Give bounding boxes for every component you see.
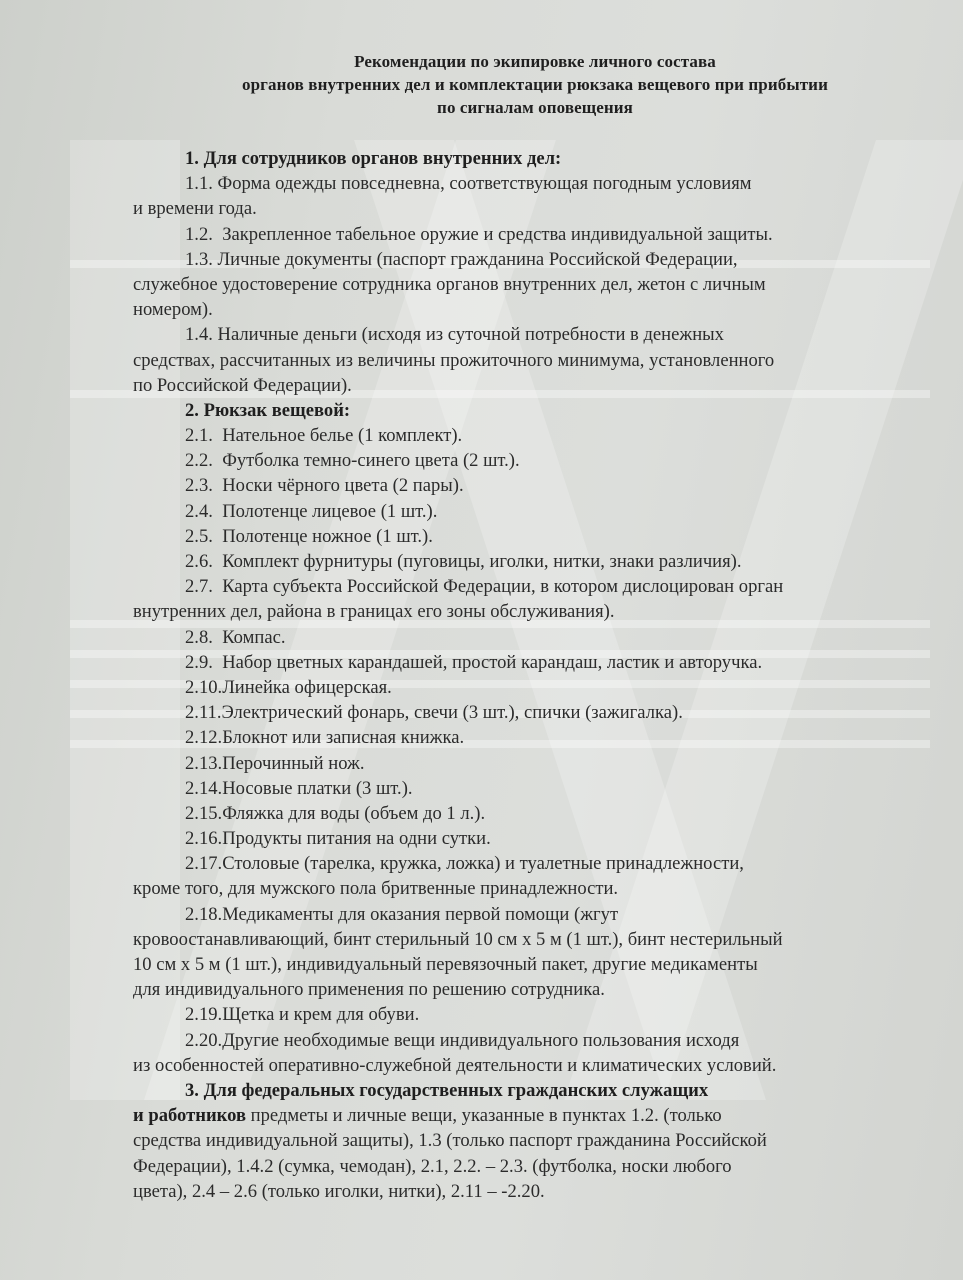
item-continuation: номером).	[133, 297, 948, 322]
section-heading: 1. Для сотрудников органов внутренних де…	[133, 146, 948, 171]
section-heading: 2. Рюкзак вещевой:	[133, 398, 948, 423]
section-paragraph-line: и работников предметы и личные вещи, ука…	[133, 1103, 948, 1128]
item-continuation: по Российской Федерации).	[133, 373, 948, 398]
section-paragraph-line: цвета), 2.4 – 2.6 (только иголки, нитки)…	[133, 1179, 948, 1204]
title-line: Рекомендации по экипировке личного соста…	[120, 50, 950, 73]
list-item: 2.18.Медикаменты для оказания первой пом…	[133, 902, 948, 927]
section-heading: 3. Для федеральных государственных гражд…	[133, 1078, 948, 1103]
list-item: 2.9. Набор цветных карандашей, простой к…	[133, 650, 948, 675]
list-item: 2.13.Перочинный нож.	[133, 751, 948, 776]
list-item: 2.16.Продукты питания на одни сутки.	[133, 826, 948, 851]
title-line: органов внутренних дел и комплектации рю…	[120, 73, 950, 96]
list-item: 2.14.Носовые платки (3 шт.).	[133, 776, 948, 801]
section-paragraph-line: средства индивидуальной защиты), 1.3 (то…	[133, 1128, 948, 1153]
list-item: 2.2. Футболка темно-синего цвета (2 шт.)…	[133, 448, 948, 473]
list-item: 2.8. Компас.	[133, 625, 948, 650]
item-continuation: 10 см х 5 м (1 шт.), индивидуальный пере…	[133, 952, 948, 977]
document-title: Рекомендации по экипировке личного соста…	[120, 50, 950, 119]
item-text: 1.1. Форма одежды повседневна, соответст…	[185, 171, 752, 196]
list-item: 2.7. Карта субъекта Российской Федерации…	[133, 574, 948, 599]
list-item: 2.5. Полотенце ножное (1 шт.).	[133, 524, 948, 549]
list-item: 1.1. Форма одежды повседневна, соответст…	[133, 171, 948, 196]
list-item: 2.15.Фляжка для воды (объем до 1 л.).	[133, 801, 948, 826]
title-line: по сигналам оповещения	[120, 96, 950, 119]
list-item: 1.4. Наличные деньги (исходя из суточной…	[133, 322, 948, 347]
list-item: 2.4. Полотенце лицевое (1 шт.).	[133, 499, 948, 524]
list-item: 2.17.Столовые (тарелка, кружка, ложка) и…	[133, 851, 948, 876]
list-item: 2.20.Другие необходимые вещи индивидуаль…	[133, 1028, 948, 1053]
list-item: 2.10.Линейка офицерская.	[133, 675, 948, 700]
item-continuation: служебное удостоверение сотрудника орган…	[133, 272, 948, 297]
document-body: 1. Для сотрудников органов внутренних де…	[133, 146, 948, 1204]
list-item: 2.12.Блокнот или записная книжка.	[133, 725, 948, 750]
item-continuation: для индивидуального применения по решени…	[133, 977, 948, 1002]
list-item: 2.11.Электрический фонарь, свечи (3 шт.)…	[133, 700, 948, 725]
item-continuation: внутренних дел, района в границах его зо…	[133, 599, 948, 624]
list-item: 2.1. Нательное белье (1 комплект).	[133, 423, 948, 448]
item-continuation: кровоостанавливающий, бинт стерильный 10…	[133, 927, 948, 952]
list-item: 1.2. Закрепленное табельное оружие и сре…	[133, 222, 948, 247]
item-continuation: и времени года.	[133, 196, 948, 221]
document-page: Рекомендации по экипировке личного соста…	[0, 0, 963, 1280]
list-item: 2.19.Щетка и крем для обуви.	[133, 1002, 948, 1027]
list-item: 1.3. Личные документы (паспорт гражданин…	[133, 247, 948, 272]
section-paragraph-line: Федерации), 1.4.2 (сумка, чемодан), 2.1,…	[133, 1154, 948, 1179]
list-item: 2.3. Носки чёрного цвета (2 пары).	[133, 473, 948, 498]
list-item: 2.6. Комплект фурнитуры (пуговицы, иголк…	[133, 549, 948, 574]
item-continuation: средствах, рассчитанных из величины прож…	[133, 348, 948, 373]
item-continuation: кроме того, для мужского пола бритвенные…	[133, 876, 948, 901]
item-continuation: из особенностей оперативно-служебной дея…	[133, 1053, 948, 1078]
